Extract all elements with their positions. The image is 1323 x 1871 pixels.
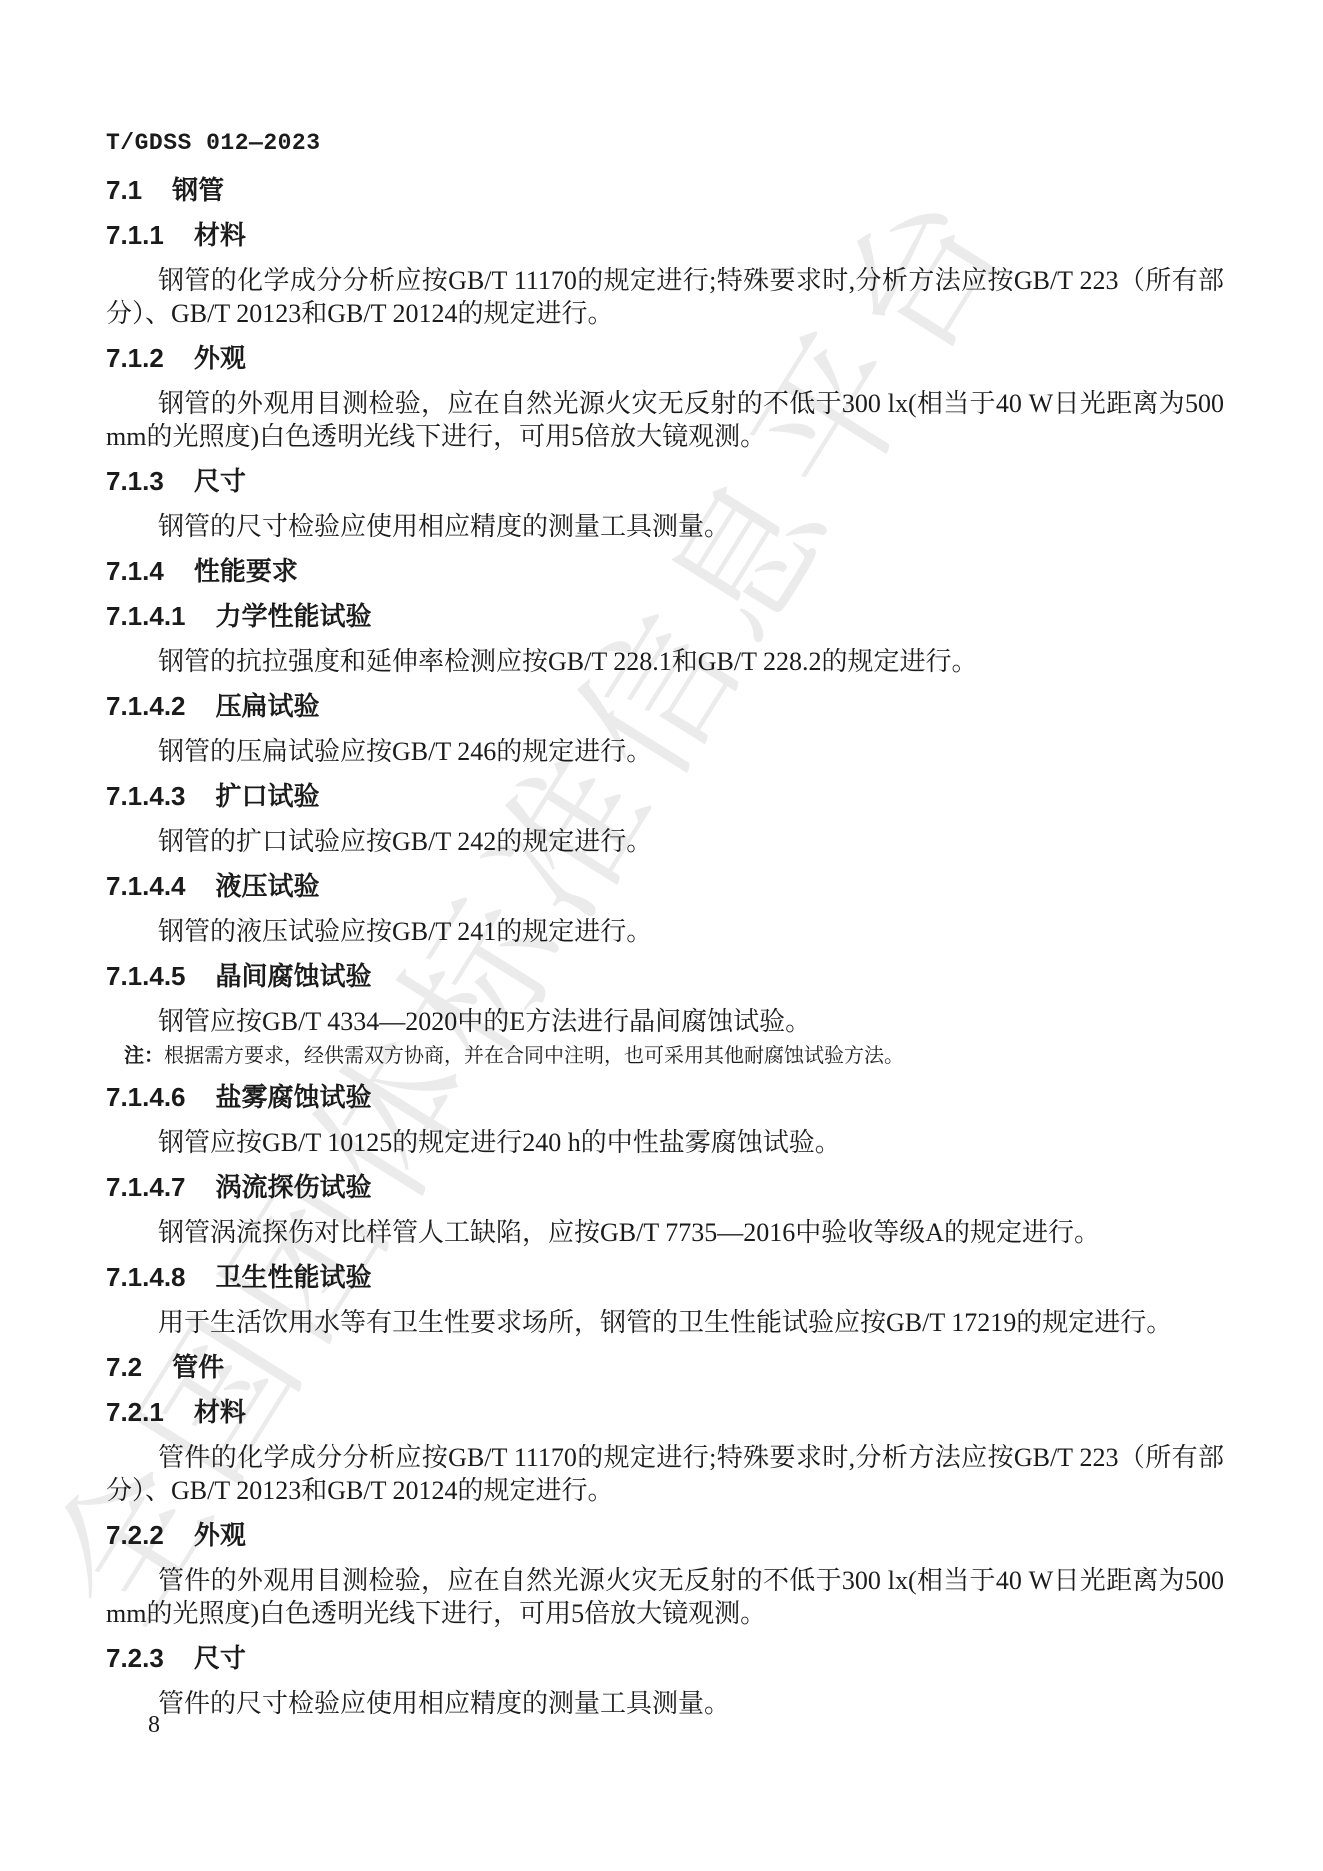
section-heading: 7.1.4.5晶间腐蚀试验 [106,960,1224,993]
heading-title: 扩口试验 [216,781,320,811]
heading-title: 尺寸 [194,1643,246,1673]
section-heading: 7.1.4.1力学性能试验 [106,600,1224,633]
heading-title: 涡流探伤试验 [216,1172,372,1202]
heading-title: 性能要求 [194,556,298,586]
heading-number: 7.1.4.6 [106,1082,186,1112]
page-number: 8 [148,1712,160,1739]
section-heading: 7.1.4.3扩口试验 [106,780,1224,813]
paragraph: 钢管应按GB/T 10125的规定进行240 h的中性盐雾腐蚀试验。 [106,1126,1224,1159]
section-heading: 7.1.4.7涡流探伤试验 [106,1171,1224,1204]
heading-number: 7.2 [106,1352,142,1382]
heading-number: 7.1.3 [106,466,164,496]
paragraph: 用于生活饮用水等有卫生性要求场所，钢管的卫生性能试验应按GB/T 17219的规… [106,1306,1224,1339]
document-content: T/GDSS 012—2023 7.1钢管 7.1.1材料 钢管的化学成分分析应… [106,130,1224,1730]
section-heading: 7.2.2外观 [106,1519,1224,1552]
section-heading: 7.1.4性能要求 [106,555,1224,588]
heading-title: 外观 [194,343,246,373]
heading-title: 外观 [194,1520,246,1550]
heading-number: 7.1.4 [106,556,164,586]
heading-title: 卫生性能试验 [216,1262,372,1292]
section-heading: 7.1.4.8卫生性能试验 [106,1261,1224,1294]
heading-title: 晶间腐蚀试验 [216,961,372,991]
section-heading: 7.2.1材料 [106,1396,1224,1429]
note-text: 根据需方要求，经供需双方协商，并在合同中注明，也可采用其他耐腐蚀试验方法。 [164,1045,904,1067]
section-heading: 7.2.3尺寸 [106,1642,1224,1675]
paragraph: 管件的化学成分分析应按GB/T 11170的规定进行;特殊要求时,分析方法应按G… [106,1441,1224,1507]
paragraph: 管件的外观用目测检验，应在自然光源火灾无反射的不低于300 lx(相当于40 W… [106,1564,1224,1630]
paragraph: 钢管涡流探伤对比样管人工缺陷，应按GB/T 7735—2016中验收等级A的规定… [106,1216,1224,1249]
heading-title: 材料 [194,220,246,250]
section-heading: 7.1钢管 [106,174,1224,207]
section-heading: 7.2管件 [106,1351,1224,1384]
paragraph: 钢管应按GB/T 4334—2020中的E方法进行晶间腐蚀试验。 [106,1005,1224,1038]
heading-title: 尺寸 [194,466,246,496]
doc-code: T/GDSS 012—2023 [106,130,1224,156]
heading-title: 钢管 [172,175,224,205]
heading-number: 7.1.4.5 [106,961,186,991]
heading-number: 7.1.4.8 [106,1262,186,1292]
section-heading: 7.1.1材料 [106,219,1224,252]
heading-number: 7.1.4.1 [106,601,186,631]
paragraph: 钢管的液压试验应按GB/T 241的规定进行。 [106,915,1224,948]
heading-number: 7.1.4.3 [106,781,186,811]
heading-title: 液压试验 [216,871,320,901]
heading-number: 7.1.1 [106,220,164,250]
section-heading: 7.1.3尺寸 [106,465,1224,498]
paragraph: 钢管的外观用目测检验，应在自然光源火灾无反射的不低于300 lx(相当于40 W… [106,387,1224,453]
section-heading: 7.1.4.6盐雾腐蚀试验 [106,1081,1224,1114]
heading-number: 7.1.4.2 [106,691,186,721]
paragraph: 管件的尺寸检验应使用相应精度的测量工具测量。 [106,1687,1224,1720]
heading-number: 7.1 [106,175,142,205]
heading-title: 材料 [194,1397,246,1427]
paragraph: 钢管的扩口试验应按GB/T 242的规定进行。 [106,825,1224,858]
note-label: 注： [124,1045,164,1067]
note: 注：根据需方要求，经供需双方协商，并在合同中注明，也可采用其他耐腐蚀试验方法。 [106,1044,1224,1069]
paragraph: 钢管的压扁试验应按GB/T 246的规定进行。 [106,735,1224,768]
section-heading: 7.1.4.4液压试验 [106,870,1224,903]
heading-title: 盐雾腐蚀试验 [216,1082,372,1112]
heading-title: 力学性能试验 [216,601,372,631]
heading-number: 7.1.4.7 [106,1172,186,1202]
heading-number: 7.2.1 [106,1397,164,1427]
heading-title: 压扁试验 [216,691,320,721]
heading-number: 7.2.3 [106,1643,164,1673]
paragraph: 钢管的抗拉强度和延伸率检测应按GB/T 228.1和GB/T 228.2的规定进… [106,645,1224,678]
paragraph: 钢管的化学成分分析应按GB/T 11170的规定进行;特殊要求时,分析方法应按G… [106,264,1224,330]
document-page: 全国团体标准信息平台 T/GDSS 012—2023 7.1钢管 7.1.1材料… [0,0,1323,1871]
heading-number: 7.2.2 [106,1520,164,1550]
section-heading: 7.1.2外观 [106,342,1224,375]
section-heading: 7.1.4.2压扁试验 [106,690,1224,723]
heading-number: 7.1.4.4 [106,871,186,901]
heading-number: 7.1.2 [106,343,164,373]
paragraph: 钢管的尺寸检验应使用相应精度的测量工具测量。 [106,510,1224,543]
heading-title: 管件 [172,1352,224,1382]
